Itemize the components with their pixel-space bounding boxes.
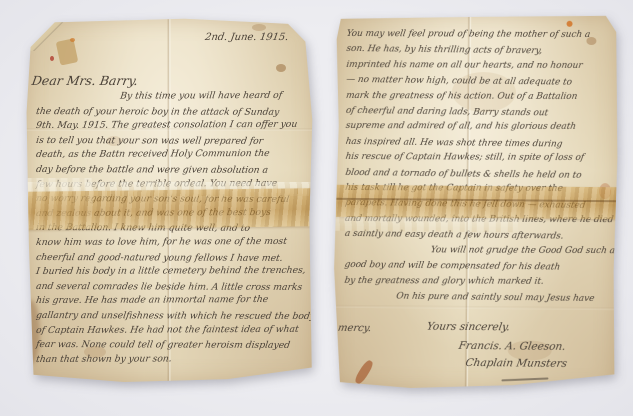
letter-line: On his pure and saintly soul may Jesus h… bbox=[343, 289, 609, 308]
letter-line: You will not grudge the Good God such a bbox=[343, 243, 609, 260]
letter-line: his task till he got the Captain in safe… bbox=[344, 181, 610, 198]
letter-salutation: Dear Mrs. Barry. bbox=[31, 73, 139, 88]
letter-line: his grave. He has made an immortal name … bbox=[35, 293, 309, 309]
letter-line: 9th. May. 1915. The greatest consolation… bbox=[35, 118, 309, 134]
letter-line: By this time you will have heard of bbox=[35, 89, 309, 105]
letter-date: 2nd. June. 1915. bbox=[204, 32, 289, 43]
letter-page-right: You may well feel proud of being the mot… bbox=[331, 13, 618, 391]
paper-stain bbox=[50, 56, 54, 61]
signer-title: Chaplain Munsters bbox=[465, 357, 568, 370]
letter-line: You may well feel proud of being the mot… bbox=[345, 27, 611, 44]
paper-stain bbox=[70, 38, 75, 42]
letter-line: I buried his body in a little cemetery b… bbox=[35, 264, 309, 280]
photo-surface: 2nd. June. 1915. Dear Mrs. Barry. By thi… bbox=[0, 0, 633, 416]
paper-stain bbox=[567, 21, 573, 27]
paper-sheet-right: You may well feel proud of being the mot… bbox=[331, 13, 618, 391]
letter-line: know him was to love him, for he was one… bbox=[35, 235, 309, 251]
letter-line: supreme and admired of all, and his glor… bbox=[345, 119, 611, 136]
letter-body-right: You may well feel proud of being the mot… bbox=[344, 27, 610, 307]
letter-line: his rescue of Captain Hawkes; still, in … bbox=[344, 150, 610, 167]
letter-line: and zealous about it, and was one of the… bbox=[35, 206, 309, 222]
paper-sheet-left: 2nd. June. 1915. Dear Mrs. Barry. By thi… bbox=[26, 18, 314, 382]
letter-line: and mortally wounded, into the British l… bbox=[344, 212, 610, 229]
paper-stain bbox=[276, 64, 286, 72]
letter-page-left: 2nd. June. 1915. Dear Mrs. Barry. By thi… bbox=[26, 18, 314, 382]
letter-line: by the greatness and glory which marked … bbox=[343, 273, 609, 290]
letter-line: mark the greatness of his action. Out of… bbox=[345, 89, 611, 106]
letter-closing: mercy. Yours sincerely. Francis. A. Glee… bbox=[337, 309, 608, 397]
letter-line: imprinted his name on all our hearts, an… bbox=[345, 58, 611, 75]
valediction: Yours sincerely. bbox=[426, 321, 511, 334]
paper-stain bbox=[252, 24, 266, 31]
closing-word-mercy: mercy. bbox=[337, 323, 372, 334]
letter-line: death, as the Battn received Holy Commun… bbox=[35, 147, 309, 163]
dog-ear-fold bbox=[28, 21, 64, 51]
letter-line: few hours before the terrible ordeal. Yo… bbox=[35, 176, 309, 192]
letter-line: than that shown by your son. bbox=[35, 352, 309, 368]
letter-body-left: By this time you will have heard ofthe d… bbox=[36, 90, 308, 367]
letter-line: of Captain Hawkes. He had not the fainte… bbox=[35, 322, 309, 338]
signature: Francis. A. Gleeson. bbox=[458, 340, 567, 353]
signature-underline bbox=[501, 377, 548, 381]
